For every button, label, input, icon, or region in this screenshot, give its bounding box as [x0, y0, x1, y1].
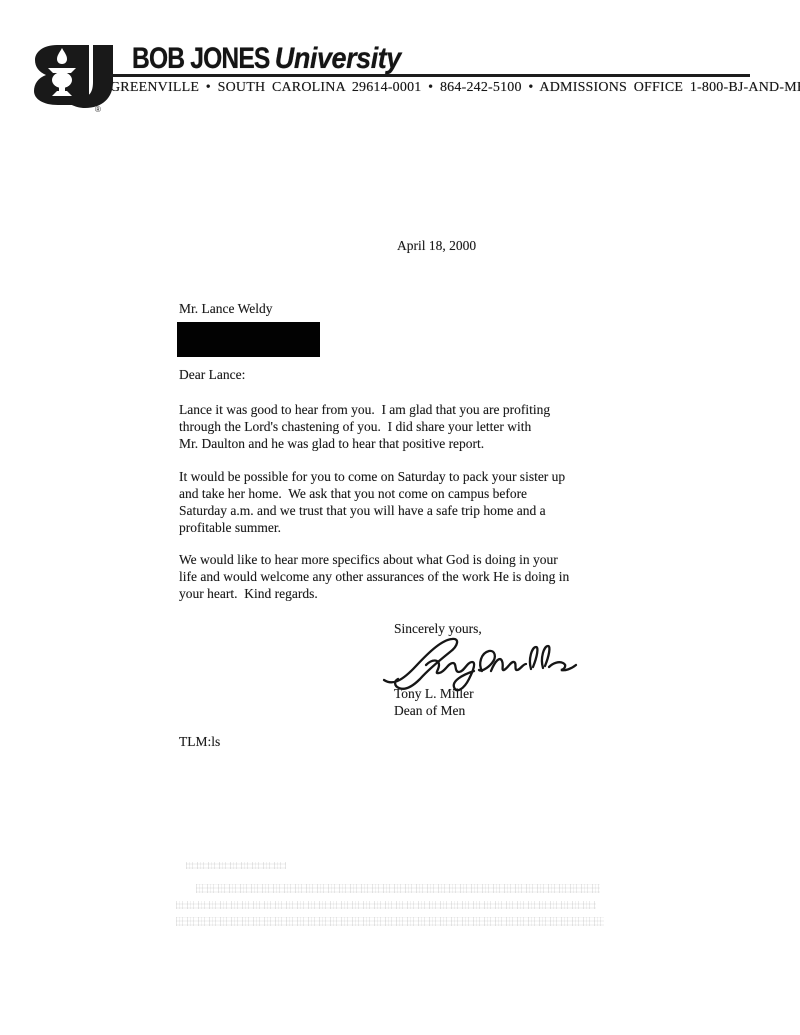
signer-title: Dean of Men — [394, 702, 465, 719]
scanned-letter-page: ® BOB JONES University GREENVILLE • SOUT… — [0, 0, 800, 1035]
paragraph-2: It would be possible for you to come on … — [179, 468, 659, 536]
registered-trademark: ® — [95, 105, 101, 114]
university-name: BOB JONES University — [132, 44, 440, 75]
university-name-italic: University — [275, 44, 401, 74]
salutation: Dear Lance: — [179, 366, 245, 383]
bleed-through-line — [176, 917, 604, 926]
bob-jones-university-logo-icon — [33, 44, 115, 110]
university-name-bold: BOB JONES — [132, 44, 270, 74]
bleed-through-line — [196, 884, 600, 893]
reference-initials: TLM:ls — [179, 733, 220, 750]
bleed-through-line — [186, 862, 286, 869]
paragraph-3: We would like to hear more specifics abo… — [179, 551, 659, 602]
letter-date: April 18, 2000 — [397, 237, 476, 254]
redacted-address-block — [177, 322, 320, 357]
letterhead-rule — [110, 74, 750, 77]
recipient-name: Mr. Lance Weldy — [179, 300, 273, 317]
bleed-through-line — [176, 901, 596, 909]
letterhead-address: GREENVILLE • SOUTH CAROLINA 29614-0001 •… — [110, 80, 760, 96]
paragraph-1: Lance it was good to hear from you. I am… — [179, 401, 659, 452]
signer-name: Tony L. Miller — [394, 685, 474, 702]
